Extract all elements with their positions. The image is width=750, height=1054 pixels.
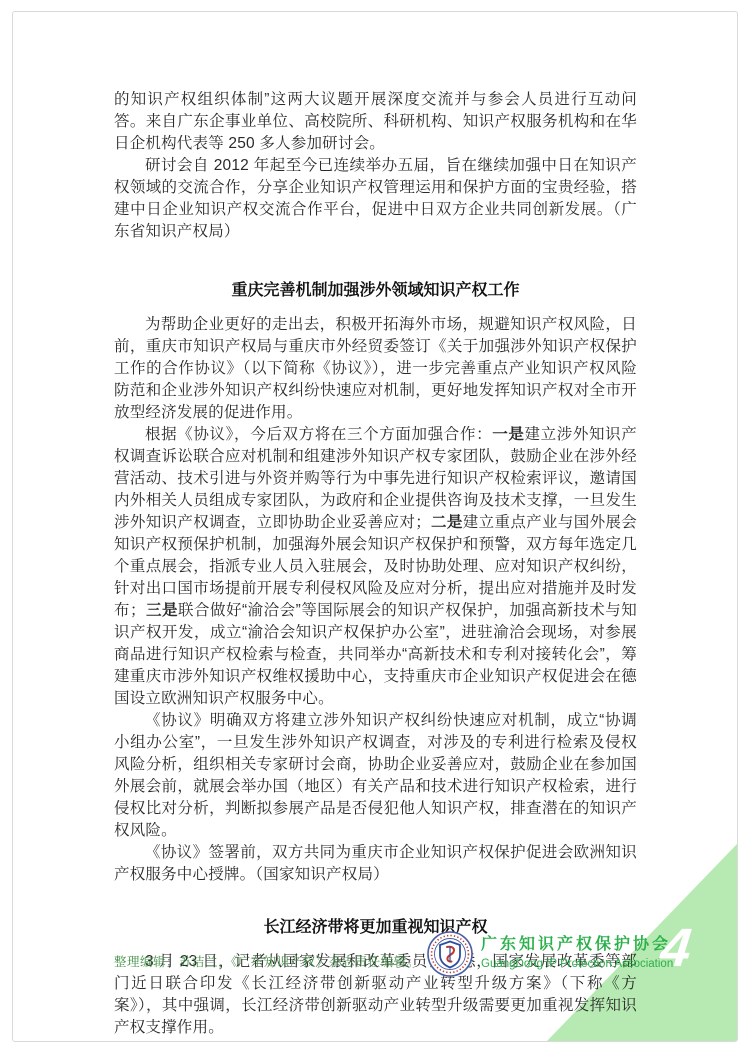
document-page: 的知识产权组织体制”这两大议题开展深度交流并与参会人员进行互动问答。来自广东企事… (12, 11, 738, 1042)
text-run-bold: 三是 (146, 602, 178, 619)
paragraph: 为帮助企业更好的走出去，积极开拓海外市场，规避知识产权风险，日前，重庆市知识产权… (114, 314, 637, 424)
paragraph: 的知识产权组织体制”这两大议题开展深度交流并与参会人员进行互动问答。来自广东企事… (114, 89, 637, 155)
text-run: 根据《协议》，今后双方将在三个方面加强合作： (145, 426, 492, 443)
text-run-bold: 二是 (431, 514, 463, 531)
association-logo: 广东知识产权保护协会 GuangDong IP Protection Assoc… (427, 931, 673, 977)
text-run-bold: 一是 (492, 426, 524, 443)
paragraph: 《协议》明确双方将建立涉外知识产权纠纷快速应对机制，成立“协调小组办公室”，一旦… (114, 710, 637, 842)
article-heading-chongqing: 重庆完善机制加强涉外领域知识产权工作 (114, 281, 637, 301)
association-names: 广东知识产权保护协会 GuangDong IP Protection Assoc… (481, 931, 673, 972)
page-content: 的知识产权组织体制”这两大议题开展深度交流并与参会人员进行互动问答。来自广东企事… (13, 12, 737, 1039)
association-name-cn: 广东知识产权保护协会 (481, 934, 673, 956)
paragraph: 研讨会自 2012 年起至今已连续举办五届，旨在继续加强中日在知识产权领域的交流… (114, 155, 637, 243)
paragraph: 根据《协议》，今后双方将在三个方面加强合作：一是建立涉外知识产权调查诉讼联合应对… (114, 424, 637, 710)
association-name-en: GuangDong IP Protection Association (481, 957, 673, 972)
editor-note: 整理编辑：苏洁兰，《广东知识产权》杂志责任编辑。 (114, 952, 420, 970)
paragraph: 《协议》签署前，双方共同为重庆市企业知识产权保护促进会欧洲知识产权服务中心授牌。… (114, 842, 637, 886)
association-emblem-icon (427, 931, 473, 977)
page-number: 4 (658, 919, 694, 977)
page-footer: 整理编辑：苏洁兰，《广东知识产权》杂志责任编辑。 广东知识产权保护协会 Guan… (13, 931, 737, 1041)
text-run: 联合做好“渝洽会”等国际展会的知识产权保护，加强高新技术与知识产权开发，成立“渝… (114, 602, 637, 707)
